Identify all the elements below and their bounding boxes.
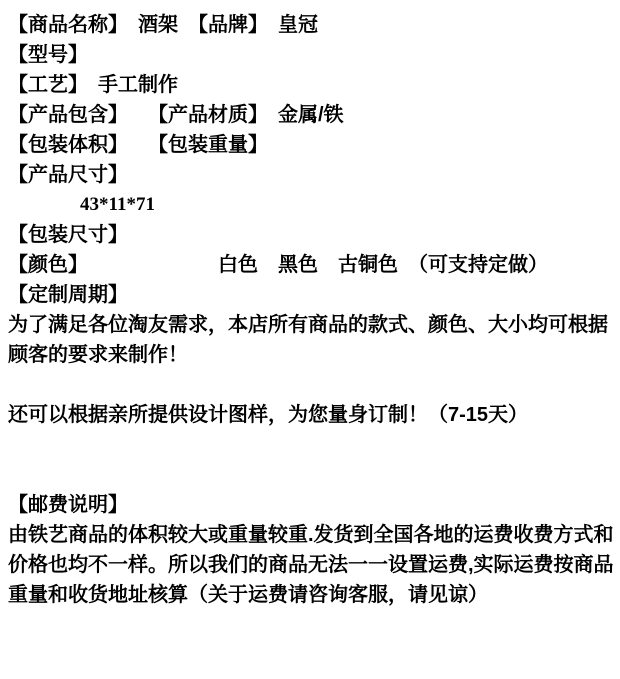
line-custom-note-1: 为了满足各位淘友需求，本店所有商品的款式、颜色、大小均可根据 [8,310,616,340]
line-package-volume-weight: 【包装体积】 【包装重量】 [8,130,616,160]
line-shipping-note-1: 由铁艺商品的体积较大或重量较重.发货到全国各地的运费收费方式和 [8,520,616,550]
line-custom-note-2: 顾客的要求来制作！ [8,340,616,370]
line-shipping-note-3: 重量和收货地址核算（关于运费请咨询客服，请见谅） [8,580,616,610]
line-product-name-brand: 【商品名称】 酒架 【品牌】 皇冠 [8,10,616,40]
line-craft: 【工艺】 手工制作 [8,70,616,100]
line-shipping-title: 【邮费说明】 [8,490,616,520]
line-model: 【型号】 [8,40,616,70]
line-custom-period-label: 【定制周期】 [8,280,616,310]
line-contents-material: 【产品包含】 【产品材质】 金属/铁 [8,100,616,130]
line-product-size-value: 43*11*71 [8,190,616,220]
line-blank-1 [8,370,616,400]
line-blank-2 [8,430,616,460]
line-blank-3 [8,460,616,490]
product-description: 【商品名称】 酒架 【品牌】 皇冠 【型号】 【工艺】 手工制作 【产品包含】 … [0,0,620,610]
line-color-options: 【颜色】 白色 黑色 古铜色 （可支持定做） [8,250,616,280]
line-package-size-label: 【包装尺寸】 [8,220,616,250]
line-product-size-label: 【产品尺寸】 [8,160,616,190]
line-tailor-note: 还可以根据亲所提供设计图样，为您量身订制！（7-15天） [8,400,616,430]
line-shipping-note-2: 价格也均不一样。所以我们的商品无法一一设置运费,实际运费按商品 [8,550,616,580]
